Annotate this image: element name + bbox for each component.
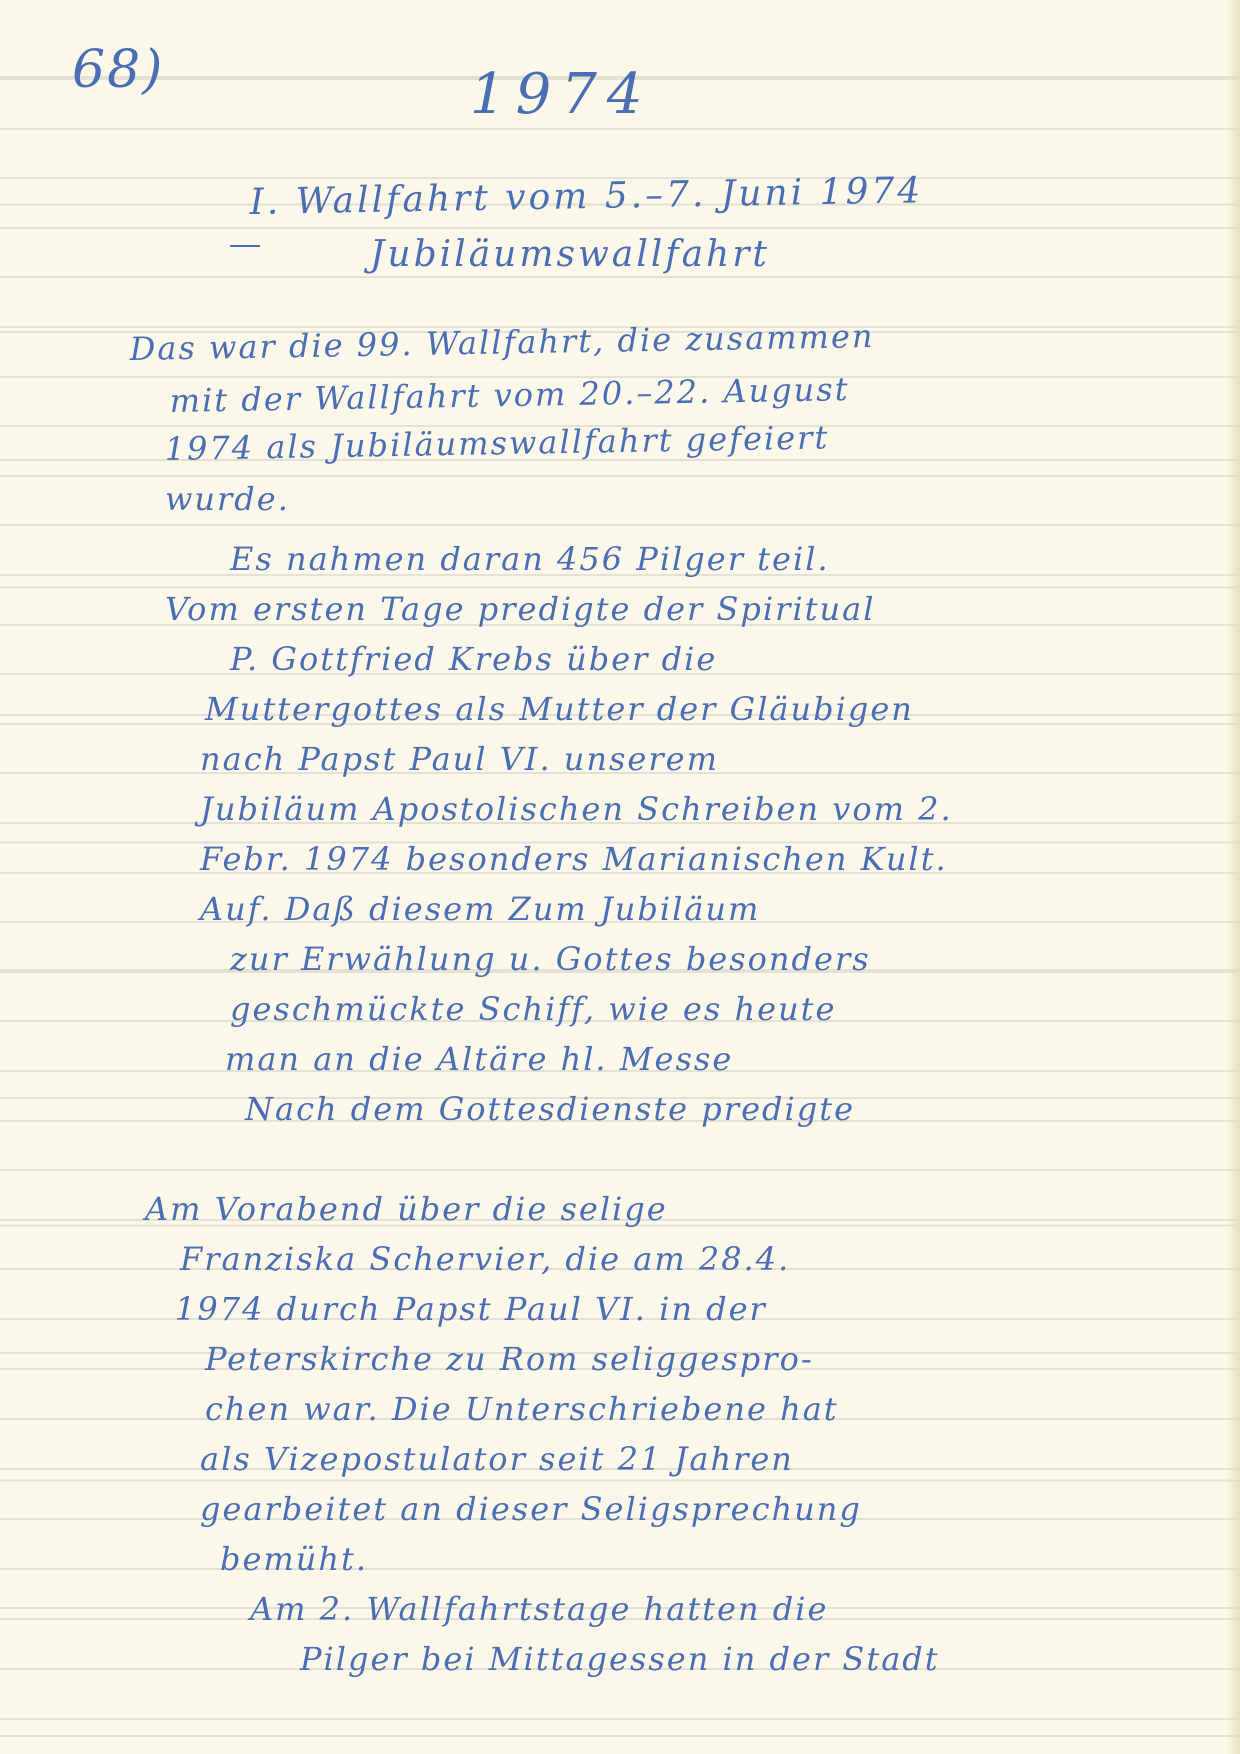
ruled-line	[0, 227, 1240, 229]
text-line: 1974 durch Papst Paul VI. in der	[175, 1290, 767, 1328]
text-line: Franziska Schervier, die am 28.4.	[180, 1240, 790, 1278]
ruled-line	[0, 1169, 1240, 1171]
text-line: nach Papst Paul VI. unserem	[200, 740, 719, 778]
ruled-line	[0, 276, 1240, 278]
ruled-line	[0, 128, 1240, 130]
text-line: Pilger bei Mittagessen in der Stadt	[300, 1640, 940, 1678]
text-line: Vom ersten Tage predigte der Spiritual	[165, 590, 875, 628]
ruled-line	[0, 1718, 1240, 1720]
text-line: P. Gottfried Krebs über die	[230, 640, 717, 678]
text-line: Nach dem Gottesdienste predigte	[245, 1090, 855, 1128]
text-line: Auf. Daß diesem Zum Jubiläum	[200, 890, 760, 928]
text-line: Peterskirche zu Rom seliggespro-	[205, 1340, 814, 1378]
ruled-line	[0, 524, 1240, 526]
text-line: bemüht.	[220, 1540, 368, 1578]
text-line: zur Erwählung u. Gottes besonders	[230, 940, 871, 978]
heading-line-2: Jubiläumswallfahrt	[370, 234, 770, 275]
text-line: Muttergottes als Mutter der Gläubigen	[205, 690, 914, 728]
text-line: wurde.	[165, 480, 290, 518]
text-line: Jubiläum Apostolischen Schreiben vom 2.	[200, 790, 953, 828]
notebook-page: 68) 1974 I. Wallfahrt vom 5.–7. Juni 197…	[0, 0, 1240, 1754]
text-line: geschmückte Schiff, wie es heute	[230, 990, 836, 1028]
page-edge	[1226, 0, 1240, 1754]
page-number: 68)	[72, 40, 164, 100]
text-line: gearbeitet an dieser Seligsprechung	[200, 1490, 862, 1528]
text-line: Am Vorabend über die selige	[145, 1190, 668, 1228]
text-line: Das war die 99. Wallfahrt, die zusammen	[129, 317, 874, 368]
text-line: Es nahmen daran 456 Pilger teil.	[230, 540, 830, 578]
text-line: chen war. Die Unterschriebene hat	[205, 1390, 839, 1428]
heading-dash	[230, 245, 260, 247]
text-line: Am 2. Wallfahrtstage hatten die	[250, 1590, 828, 1628]
text-line: Febr. 1974 besonders Marianischen Kult.	[200, 840, 948, 878]
ruled-line	[0, 475, 1240, 477]
text-line: als Vizepostulator seit 21 Jahren	[200, 1440, 794, 1478]
year-title: 1974	[470, 62, 653, 127]
text-line: man an die Altäre hl. Messe	[225, 1040, 733, 1078]
ruled-line	[0, 1568, 1240, 1570]
